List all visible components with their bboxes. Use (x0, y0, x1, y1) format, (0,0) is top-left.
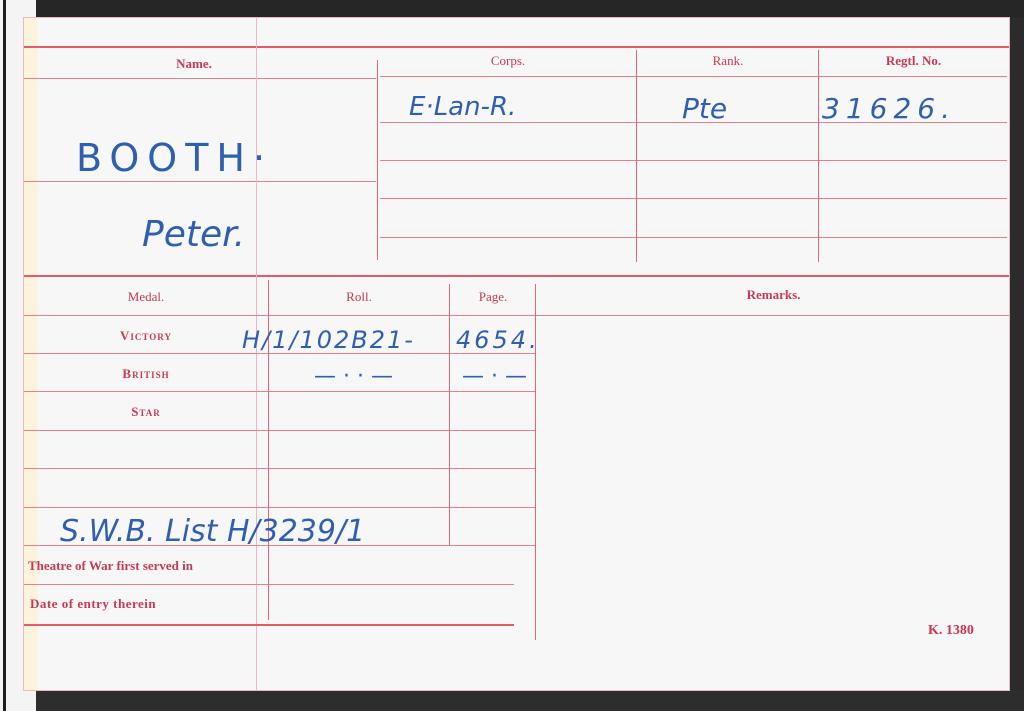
medal-british-label: British (54, 366, 238, 382)
remarks-header: Remarks. (538, 287, 1009, 303)
rule-medal-header (24, 315, 1009, 316)
medal-star-label: Star (54, 404, 238, 420)
british-roll-ditto: — · · — (314, 364, 393, 389)
british-page-ditto: — · — (462, 364, 527, 389)
medal-index-card: Name. Corps. Rank. Regtl. No. BOOTH· Pet… (23, 17, 1010, 691)
rank-left-border (636, 50, 637, 262)
rule-name-mid (24, 181, 376, 182)
card-edge-tint (24, 18, 38, 690)
surname-entry: BOOTH· (76, 136, 273, 180)
rule-name-header (24, 78, 376, 79)
date-of-entry-label: Date of entry therein (30, 596, 270, 612)
corps-entry: E·Lan-R. (409, 92, 516, 122)
rule-blank1 (24, 468, 536, 469)
page-header: Page. (451, 289, 535, 305)
medal-header: Medal. (24, 289, 268, 305)
scan-top-background (36, 0, 1024, 18)
regtl-left-border (818, 50, 819, 262)
scan-bottom-background (36, 690, 1024, 711)
theatre-label: Theatre of War first served in (28, 558, 273, 574)
rule-section-divider (24, 275, 1009, 277)
rank-entry: Pte (682, 92, 727, 125)
rule-row2 (380, 160, 1007, 161)
corps-header: Corps. (380, 53, 636, 69)
name-divider (256, 18, 257, 690)
rule-top (24, 46, 1009, 48)
name-header: Name. (114, 56, 274, 72)
medal-victory-label: Victory (54, 328, 238, 344)
form-reference: K. 1380 (928, 623, 974, 639)
rule-row4 (380, 237, 1007, 238)
victory-roll-entry: H/1/102B21- (242, 326, 415, 354)
rule-date (24, 624, 514, 626)
regtl-no-header: Regtl. No. (820, 53, 1007, 69)
scan-edge-line (3, 0, 6, 711)
regtl-no-entry: 31626. (822, 92, 956, 125)
rule-star (24, 430, 536, 431)
rule-blank2 (24, 507, 536, 508)
rule-row3 (380, 198, 1007, 199)
page-left-border (449, 284, 450, 546)
rank-header: Rank. (638, 53, 818, 69)
rule-british (24, 391, 536, 392)
forename-entry: Peter. (142, 214, 245, 255)
swb-list-note: S.W.B. List H/3239/1 (60, 514, 365, 549)
rule-theatre (24, 584, 514, 585)
corps-left-border (377, 60, 378, 260)
victory-page-entry: 4654. (456, 326, 540, 354)
rule-corps-header (380, 76, 1007, 77)
roll-header: Roll. (270, 289, 448, 305)
